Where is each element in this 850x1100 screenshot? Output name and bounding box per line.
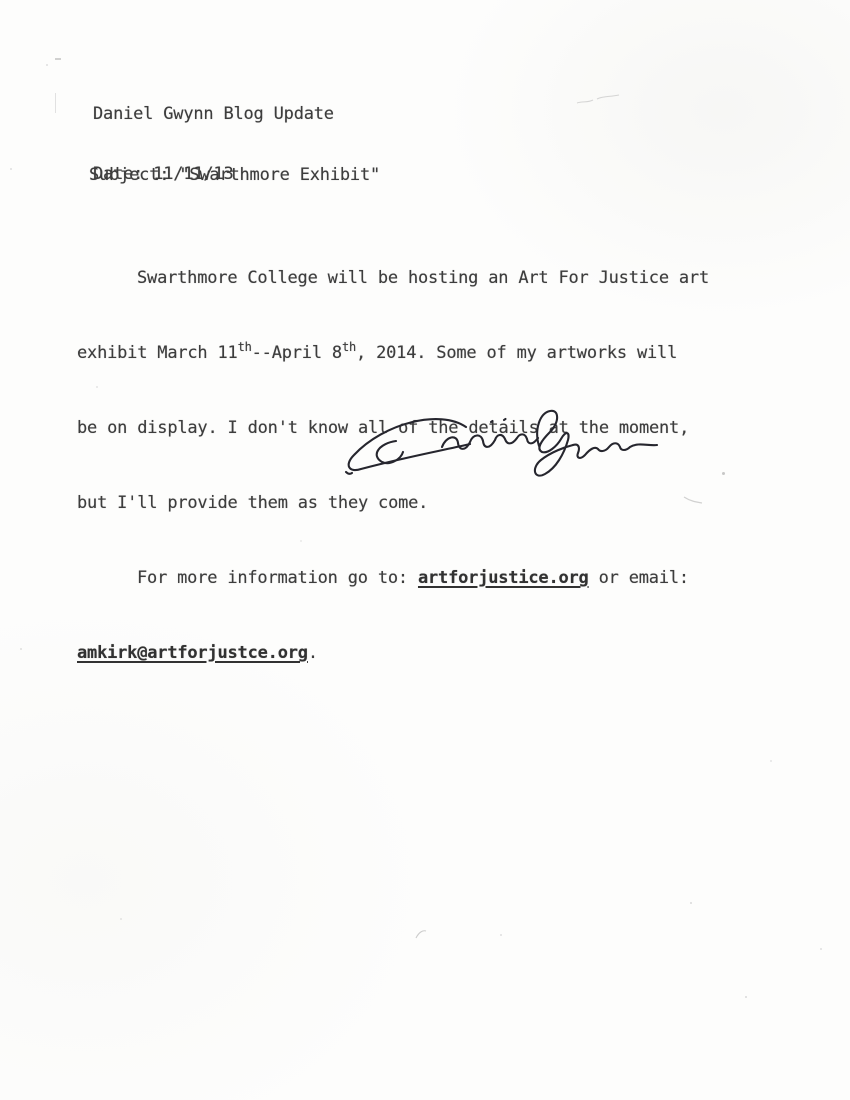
letter-header: Daniel Gwynn Blog Update Date: 11/11/13: [93, 64, 334, 224]
scan-speckle: [46, 64, 48, 66]
scan-speckle: [745, 996, 747, 998]
scan-speckle: [10, 168, 12, 170]
scan-speckle: [300, 540, 302, 542]
artforjustice-url-text: artforjustice.org: [418, 568, 589, 588]
scan-speckle: [690, 902, 692, 904]
body-line-4: but I'll provide them as they come.: [77, 491, 777, 516]
body-line-5-text: For more information go to:: [137, 568, 418, 588]
scan-speckle: [500, 934, 502, 936]
body-line-1: Swarthmore College will be hosting an Ar…: [77, 266, 777, 291]
scan-speckle: [20, 648, 22, 650]
body-line-5: For more information go to: artforjustic…: [77, 566, 777, 591]
pencil-curl-mark: [414, 928, 428, 940]
body-line-2-text: , 2014. Some of my artworks will: [356, 343, 677, 363]
superscript-th-1: th: [238, 340, 252, 354]
email-address-text: amkirk@artforjustce.org: [77, 643, 308, 663]
superscript-th-2: th: [342, 340, 356, 354]
scan-speckle: [96, 386, 98, 388]
body-line-2: exhibit March 11th--April 8th, 2014. Som…: [77, 341, 777, 366]
scan-speckle: [120, 918, 122, 920]
scanned-letter-page: Daniel Gwynn Blog Update Date: 11/11/13 …: [0, 0, 850, 1100]
subject-line: Subject: "Swarthmore Exhibit": [89, 164, 380, 186]
pencil-squiggle-mark: [575, 92, 621, 106]
body-line-2-text: --April 8: [252, 343, 342, 363]
scan-dash-artifact: [55, 58, 61, 60]
body-line-5-text: or email:: [589, 568, 689, 588]
scan-speckle: [820, 948, 822, 950]
pencil-dash-mark: [682, 494, 704, 506]
body-line-6: amkirk@artforjustce.org.: [77, 641, 777, 666]
scan-edge-line-artifact: [55, 93, 56, 113]
scan-speckle: [770, 760, 772, 762]
body-line-6-text: .: [308, 643, 318, 663]
signature-ink-strokes: [336, 401, 668, 485]
scan-speckle: [722, 472, 725, 475]
handwritten-signature: [336, 401, 668, 485]
blog-update-title: Daniel Gwynn Blog Update: [93, 104, 334, 124]
body-line-2-text: exhibit March 11: [77, 343, 238, 363]
